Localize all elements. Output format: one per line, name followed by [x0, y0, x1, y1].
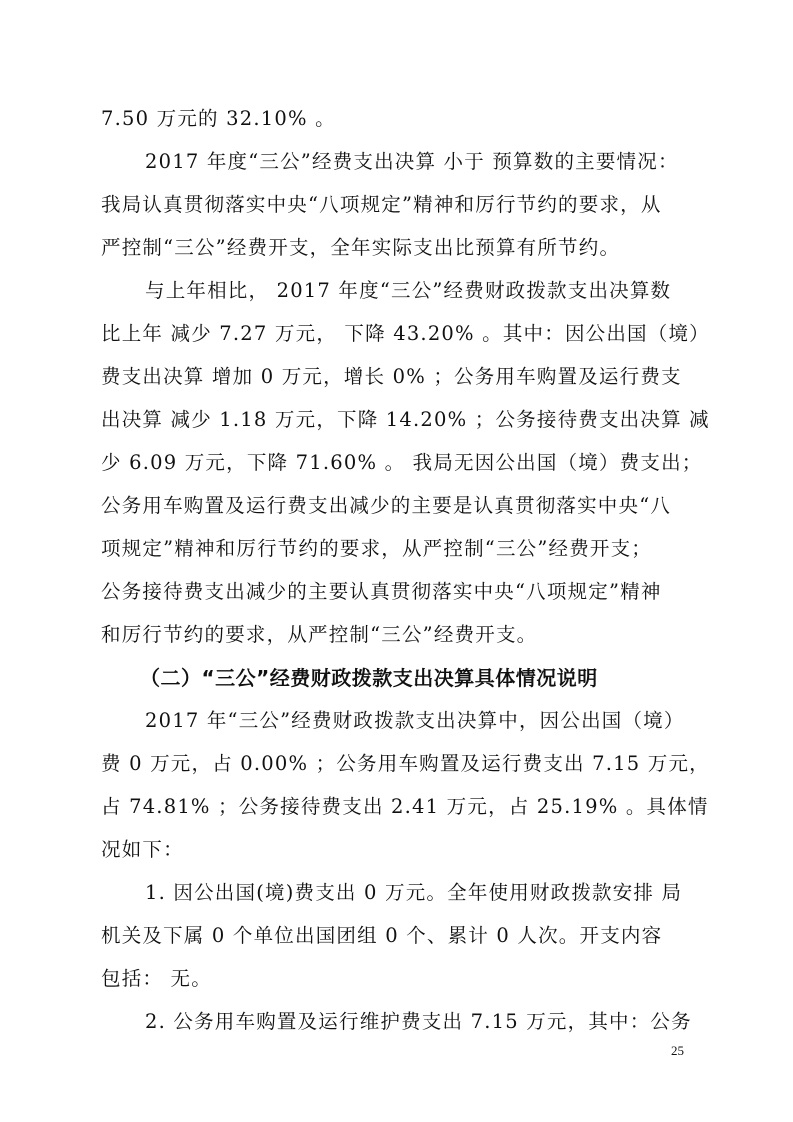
page-number: 25	[671, 1043, 684, 1059]
paragraph-line: 和厉行节约的要求，从严控制“三公”经费开支。	[101, 623, 691, 647]
paragraph-line: 2. 公务用车购置及运行维护费支出 7.15 万元，其中：公务	[145, 1010, 691, 1034]
paragraph-line: 机关及下属 0 个单位出国团组 0 个、累计 0 人次。开支内容	[101, 924, 691, 948]
paragraph-line: 出决算 减少 1.18 万元，下降 14.20% ；公务接待费支出决算 减	[101, 408, 691, 432]
paragraph-line: 费 0 万元，占 0.00% ；公务用车购置及运行费支出 7.15 万元，	[101, 752, 691, 776]
paragraph-line: 1. 因公出国(境)费支出 0 万元。全年使用财政拨款安排 局	[145, 881, 691, 905]
paragraph-line: 比上年 减少 7.27 万元， 下降 43.20% 。其中：因公出国（境）	[101, 322, 691, 346]
paragraph-line: 况如下：	[101, 838, 691, 862]
paragraph-line: 少 6.09 万元，下降 71.60% 。 我局无因公出国（境）费支出；	[101, 451, 691, 475]
paragraph-line: 与上年相比， 2017 年度“三公”经费财政拨款支出决算数	[145, 279, 691, 303]
paragraph-line: 公务接待费支出减少的主要认真贯彻落实中央“八项规定”精神	[101, 580, 691, 604]
section-heading: （二）“三公”经费财政拨款支出决算具体情况说明	[140, 666, 598, 690]
paragraph-line: 公务用车购置及运行费支出减少的主要是认真贯彻落实中央“八	[101, 494, 691, 518]
document-page: 7.50 万元的 32.10% 。 2017 年度“三公”经费支出决算 小于 预…	[0, 0, 793, 1122]
paragraph-line: 占 74.81% ；公务接待费支出 2.41 万元，占 25.19% 。具体情	[101, 795, 691, 819]
paragraph-line: 2017 年“三公”经费财政拨款支出决算中，因公出国（境）	[145, 709, 691, 733]
paragraph-line: 我局认真贯彻落实中央“八项规定”精神和厉行节约的要求，从	[101, 193, 691, 217]
paragraph-line: 严控制“三公”经费开支，全年实际支出比预算有所节约。	[101, 236, 691, 260]
paragraph-line: 7.50 万元的 32.10% 。	[101, 107, 691, 131]
paragraph-line: 费支出决算 增加 0 万元，增长 0% ；公务用车购置及运行费支	[101, 365, 691, 389]
paragraph-line: 包括： 无。	[101, 967, 691, 991]
paragraph-line: 项规定”精神和厉行节约的要求，从严控制“三公”经费开支；	[101, 537, 691, 561]
paragraph-line: 2017 年度“三公”经费支出决算 小于 预算数的主要情况：	[145, 150, 691, 174]
